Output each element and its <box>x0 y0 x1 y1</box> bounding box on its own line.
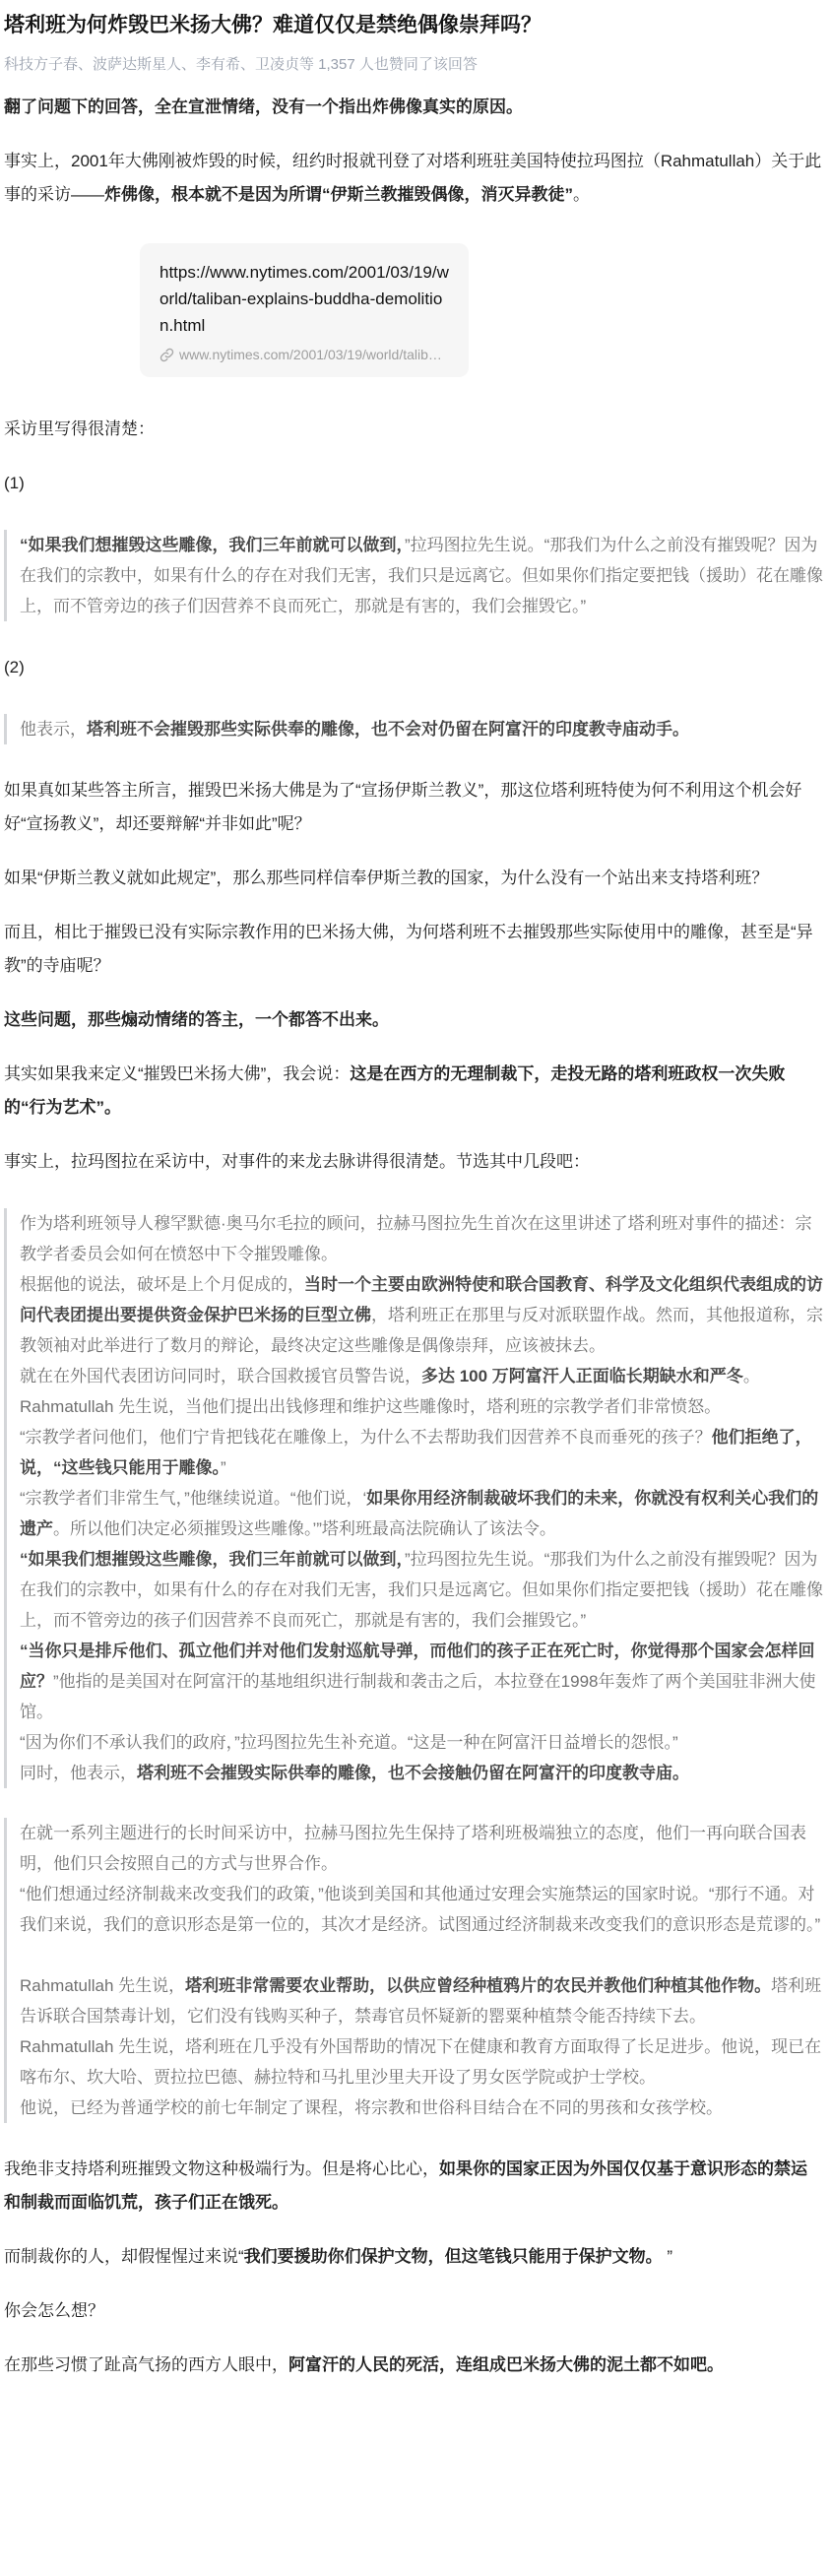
paragraph: 你会怎么想？ <box>4 2294 823 2328</box>
paragraph: 事实上，2001年大佛刚被炸毁的时候，纽约时报就刊登了对塔利班驻美国特使拉玛图拉… <box>4 145 823 212</box>
quote-paragraph: “他们想通过经济制裁来改变我们的政策，”他谈到美国和其他通过安理会实施禁运的国家… <box>20 1879 823 1940</box>
text-run: Rahmatullah 先生说， <box>20 1976 185 1995</box>
text-run: 如果真如某些答主所言，摧毁巴米扬大佛是为了“宣扬伊斯兰教义”，那这位塔利班特使为… <box>4 781 801 833</box>
text-run: 同时，他表示， <box>20 1764 137 1782</box>
text-run: “宗教学者们非常生气，”他继续说道。“他们说，‘ <box>20 1489 366 1508</box>
answer-content-bottom: 采访里写得很清楚：(1)“如果我们想摧毁这些雕像，我们三年前就可以做到，”拉玛图… <box>4 413 823 2382</box>
quote-paragraph: “因为你们不承认我们的政府，”拉玛图拉先生补充道。“这是一种在阿富汗日益增长的怨… <box>20 1727 823 1758</box>
quote-paragraph: “宗教学者们非常生气，”他继续说道。“他们说，‘如果你用经济制裁破坏我们的未来，… <box>20 1483 823 1544</box>
text-run: 作为塔利班领导人穆罕默德·奥马尔毛拉的顾问，拉赫马图拉先生首次在这里讲述了塔利班… <box>20 1214 812 1263</box>
text-run: ”他指的是美国对在阿富汗的基地组织进行制裁和袭击之后，本拉登在1998年轰炸了两… <box>20 1672 815 1721</box>
bold-text-run: 塔利班不会摧毁实际供奉的雕像，也不会接触仍留在阿富汗的印度教寺庙。 <box>137 1764 689 1782</box>
text-run: 就在在外国代表团访问同时，联合国救援官员警告说， <box>20 1367 421 1385</box>
bold-text-run: 炸佛像，根本就不是因为所谓“伊斯兰教摧毁偶像，消灭异教徒” <box>104 185 573 204</box>
bold-text-run: 这些问题，那些煽动情绪的答主，一个都答不出来。 <box>4 1010 389 1029</box>
bold-text-run: 阿富汗的人民的死活，连组成巴米扬大佛的泥土都不如吧。 <box>288 2355 724 2374</box>
quote-paragraph: Rahmatullah 先生说，塔利班非常需要农业帮助，以供应曾经种植鸦片的农民… <box>20 1970 823 2031</box>
paragraph: (1) <box>4 467 823 500</box>
text-run: 。 <box>573 185 590 204</box>
bold-text-run: 塔利班不会摧毁那些实际供奉的雕像，也不会对仍留在阿富汗的印度教寺庙动手。 <box>87 720 689 739</box>
link-card[interactable]: https://www.nytimes.com/2001/03/19/world… <box>140 243 469 377</box>
link-card-url[interactable]: https://www.nytimes.com/2001/03/19/world… <box>160 259 449 339</box>
text-run: 在那些习惯了趾高气扬的西方人眼中， <box>4 2355 288 2374</box>
paragraph: 其实如果我来定义“摧毁巴米扬大佛”，我会说：这是在西方的无理制裁下，走投无路的塔… <box>4 1058 823 1125</box>
text-run: 他说，已经为普通学校的前七年制定了课程，将宗教和世俗科目结合在不同的男孩和女孩学… <box>20 2098 723 2117</box>
text-run: 如果“伊斯兰教义就如此规定”，那么那些同样信奉伊斯兰教的国家，为什么没有一个站出… <box>4 869 768 887</box>
text-run: 其实如果我来定义“摧毁巴米扬大佛”，我会说： <box>4 1064 350 1083</box>
quote-paragraph: “宗教学者问他们，他们宁肯把钱花在雕像上，为什么不去帮助我们因营养不良而垂死的孩… <box>20 1422 823 1483</box>
quote-paragraph: 在就一系列主题进行的长时间采访中，拉赫马图拉先生保持了塔利班极端独立的态度，他们… <box>20 1818 823 1879</box>
quote-paragraph: Rahmatullah 先生说，塔利班在几乎没有外国帮助的情况下在健康和教育方面… <box>20 2031 823 2093</box>
quote-paragraph: 同时，他表示，塔利班不会摧毁实际供奉的雕像，也不会接触仍留在阿富汗的印度教寺庙。 <box>20 1758 823 1788</box>
link-icon <box>160 348 174 362</box>
quote-block: 作为塔利班领导人穆罕默德·奥马尔毛拉的顾问，拉赫马图拉先生首次在这里讲述了塔利班… <box>4 1208 823 1788</box>
text-run: 我绝非支持塔利班摧毁文物这种极端行为。但是将心比心， <box>4 2159 439 2178</box>
text-run: Rahmatullah 先生说，塔利班在几乎没有外国帮助的情况下在健康和教育方面… <box>20 2037 821 2087</box>
paragraph: 而且，相比于摧毁已没有实际宗教作用的巴米扬大佛，为何塔利班不去摧毁那些实际使用中… <box>4 916 823 983</box>
lead-paragraph: 翻了问题下的回答，全在宣泄情绪，没有一个指出炸佛像真实的原因。 <box>4 91 823 124</box>
text-run: ” <box>663 2247 672 2266</box>
quote-block: “如果我们想摧毁这些雕像，我们三年前就可以做到，”拉玛图拉先生说。“那我们为什么… <box>4 530 823 621</box>
bold-text-run: 我们要援助你们保护文物，但这笔钱只能用于保护文物。 <box>244 2247 663 2266</box>
paragraph: 事实上，拉玛图拉在采访中，对事件的来龙去脉讲得很清楚。节选其中几段吧： <box>4 1145 823 1179</box>
text-run: 而且，相比于摧毁已没有实际宗教作用的巴米扬大佛，为何塔利班不去摧毁那些实际使用中… <box>4 923 813 975</box>
text-run: (2) <box>4 658 25 676</box>
text-run: 采访里写得很清楚： <box>4 419 155 438</box>
quote-block: 在就一系列主题进行的长时间采访中，拉赫马图拉先生保持了塔利班极端独立的态度，他们… <box>4 1818 823 2123</box>
text-run: “他们想通过经济制裁来改变我们的政策，”他谈到美国和其他通过安理会实施禁运的国家… <box>20 1885 820 1934</box>
paragraph: 我绝非支持塔利班摧毁文物这种极端行为。但是将心比心，如果你的国家正因为外国仅仅基… <box>4 2153 823 2220</box>
quote-paragraph: 作为塔利班领导人穆罕默德·奥马尔毛拉的顾问，拉赫马图拉先生首次在这里讲述了塔利班… <box>20 1208 823 1269</box>
answer-article: 塔利班为何炸毁巴米扬大佛？难道仅仅是禁绝偶像崇拜吗？ 科技方子春、波萨达斯星人、… <box>0 0 831 2426</box>
quote-paragraph: 就在在外国代表团访问同时，联合国救援官员警告说，多达 100 万阿富汗人正面临长… <box>20 1361 823 1422</box>
answer-content-top: 翻了问题下的回答，全在宣泄情绪，没有一个指出炸佛像真实的原因。事实上，2001年… <box>4 91 823 212</box>
paragraph: 而制裁你的人，却假惺惺过来说“我们要援助你们保护文物，但这笔钱只能用于保护文物。… <box>4 2240 823 2274</box>
text-run: 他表示， <box>20 720 87 739</box>
quote-block: 他表示，塔利班不会摧毁那些实际供奉的雕像，也不会对仍留在阿富汗的印度教寺庙动手。 <box>4 714 823 744</box>
paragraph: 采访里写得很清楚： <box>4 413 823 446</box>
paragraph: 在那些习惯了趾高气扬的西方人眼中，阿富汗的人民的死活，连组成巴米扬大佛的泥土都不… <box>4 2349 823 2382</box>
text-run: 事实上，拉玛图拉在采访中，对事件的来龙去脉讲得很清楚。节选其中几段吧： <box>4 1152 590 1171</box>
text-run: 。所以他们决定必须摧毁这些雕像。’”塔利班最高法院确认了该法令。 <box>53 1519 556 1538</box>
text-run: 你会怎么想？ <box>4 2301 104 2320</box>
quote-paragraph: “如果我们想摧毁这些雕像，我们三年前就可以做到，”拉玛图拉先生说。“那我们为什么… <box>20 1544 823 1636</box>
link-card-source-text: www.nytimes.com/2001/03/19/world/taliban… <box>179 346 449 363</box>
bold-text-run: “如果我们想摧毁这些雕像，我们三年前就可以做到， <box>20 1550 405 1569</box>
text-run: “宗教学者问他们，他们宁肯把钱花在雕像上，为什么不去帮助我们因营养不良而垂死的孩… <box>20 1428 712 1447</box>
paragraph: (2) <box>4 651 823 684</box>
text-run: 而制裁你的人，却假惺惺过来说“ <box>4 2247 244 2266</box>
quote-paragraph: “如果我们想摧毁这些雕像，我们三年前就可以做到，”拉玛图拉先生说。“那我们为什么… <box>20 530 823 621</box>
paragraph: 如果真如某些答主所言，摧毁巴米扬大佛是为了“宣扬伊斯兰教义”，那这位塔利班特使为… <box>4 774 823 841</box>
paragraph: 这些问题，那些煽动情绪的答主，一个都答不出来。 <box>4 1003 823 1037</box>
bold-text-run: “如果我们想摧毁这些雕像，我们三年前就可以做到， <box>20 536 405 554</box>
quote-paragraph: 根据他的说法，破坏是上个月促成的，当时一个主要由欧洲特使和联合国教育、科学及文化… <box>20 1269 823 1361</box>
quote-paragraph: 他说，已经为普通学校的前七年制定了课程，将宗教和世俗科目结合在不同的男孩和女孩学… <box>20 2093 823 2123</box>
text-run: “因为你们不承认我们的政府，”拉玛图拉先生补充道。“这是一种在阿富汗日益增长的怨… <box>20 1733 678 1752</box>
paragraph: 如果“伊斯兰教义就如此规定”，那么那些同样信奉伊斯兰教的国家，为什么没有一个站出… <box>4 862 823 895</box>
text-run: ” <box>221 1458 226 1477</box>
text-run: 根据他的说法，破坏是上个月促成的， <box>20 1275 304 1294</box>
quote-paragraph: 他表示，塔利班不会摧毁那些实际供奉的雕像，也不会对仍留在阿富汗的印度教寺庙动手。 <box>20 714 823 744</box>
text-run: 在就一系列主题进行的长时间采访中，拉赫马图拉先生保持了塔利班极端独立的态度，他们… <box>20 1824 806 1873</box>
bold-text-run: 翻了问题下的回答，全在宣泄情绪，没有一个指出炸佛像真实的原因。 <box>4 97 523 116</box>
bold-text-run: 塔利班非常需要农业帮助，以供应曾经种植鸦片的农民并教他们种植其他作物。 <box>185 1976 771 1995</box>
upvoters-line: 科技方子春、波萨达斯星人、李有希、卫凌贞等 1,357 人也赞同了该回答 <box>4 55 823 75</box>
bold-text-run: 多达 100 万阿富汗人正面临长期缺水和严冬 <box>421 1367 743 1385</box>
text-run: (1) <box>4 474 25 492</box>
question-title: 塔利班为何炸毁巴米扬大佛？难道仅仅是禁绝偶像崇拜吗？ <box>4 12 823 39</box>
quote-paragraph <box>20 1940 823 1970</box>
quote-paragraph: “当你只是排斥他们、孤立他们并对他们发射巡航导弹，而他们的孩子正在死亡时，你觉得… <box>20 1636 823 1727</box>
link-card-source: www.nytimes.com/2001/03/19/world/taliban… <box>160 346 449 363</box>
